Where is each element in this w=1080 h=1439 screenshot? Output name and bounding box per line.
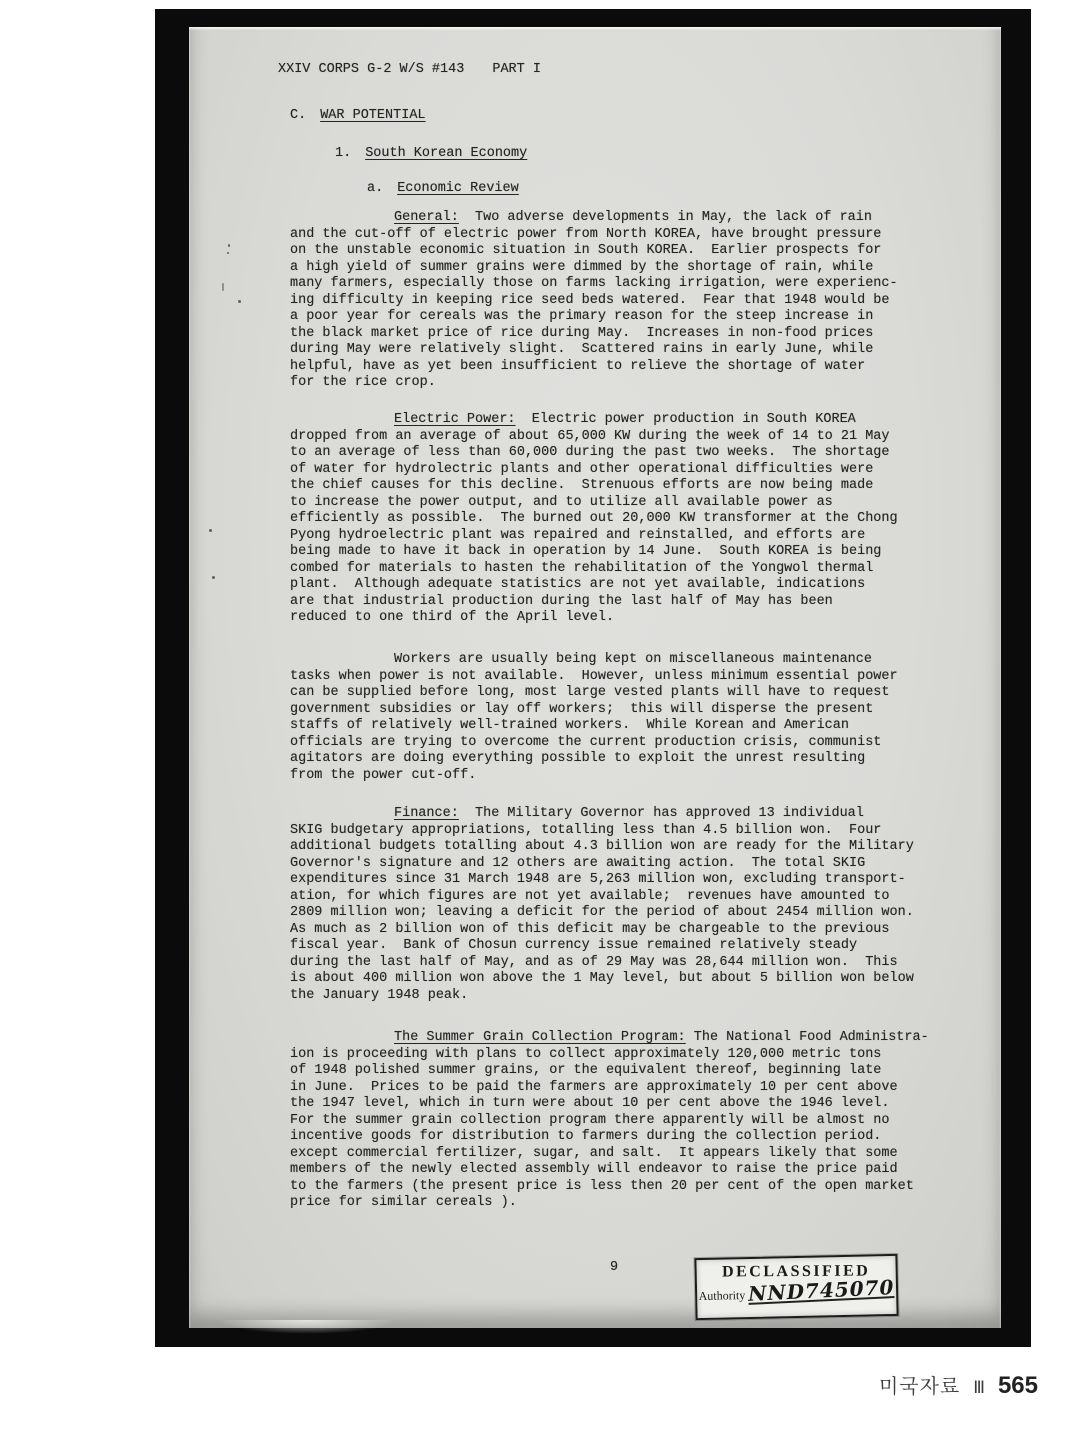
subsubsection-title: Economic Review [397, 181, 519, 198]
book-footer-page-number: 565 [998, 1372, 1038, 1400]
paragraph-electric-power-label: Electric Power: [394, 412, 516, 427]
section-title: WAR POTENTIAL [320, 108, 425, 125]
paragraph-finance-label: Finance: [394, 806, 459, 821]
declassified-stamp-authority-row: Authority NND745070 [697, 1280, 896, 1304]
declassified-stamp-authority-label: Authority [698, 1288, 745, 1304]
book-footer-caption: 미국자료 [879, 1370, 960, 1399]
paper-speck [228, 244, 230, 247]
declassified-stamp: DECLASSIFIED Authority NND745070 [694, 1254, 898, 1320]
paper-speck [227, 252, 229, 254]
paragraph-general: General: Two adverse developments in May… [290, 210, 966, 392]
scanned-page-frame: XXIV CORPS G-2 W/S #143 PART I C. WAR PO… [155, 9, 1031, 1347]
document-paper: XXIV CORPS G-2 W/S #143 PART I C. WAR PO… [189, 27, 1001, 1328]
paper-speck [222, 283, 224, 291]
paragraph-summer-grain: The Summer Grain Collection Program: The… [290, 1030, 966, 1212]
paragraph-summer-grain-label: The Summer Grain Collection Program: [394, 1030, 686, 1045]
subsubsection-heading: a. Economic Review [367, 181, 519, 198]
paragraph-finance: Finance: The Military Governor has appro… [290, 806, 966, 1004]
document-header-row: XXIV CORPS G-2 W/S #143 PART I [278, 62, 541, 79]
paragraph-electric-power-text: Electric power production in South KOREA… [290, 412, 898, 625]
document-part-label: PART I [492, 62, 541, 79]
paragraph-summer-grain-text: The National Food Administra- ion is pro… [290, 1030, 929, 1210]
paper-speck [209, 529, 212, 532]
declassified-stamp-authority-number: NND745070 [748, 1278, 895, 1305]
paragraph-workers-text: Workers are usually being kept on miscel… [290, 652, 898, 783]
book-footer-volume: Ⅲ [973, 1378, 985, 1398]
paper-speck [238, 300, 241, 303]
paragraph-workers: Workers are usually being kept on miscel… [290, 652, 966, 784]
paper-speck [212, 576, 215, 579]
subsection-title: South Korean Economy [365, 146, 527, 163]
paragraph-finance-text: The Military Governor has approved 13 in… [290, 806, 914, 1003]
paragraph-general-label: General: [394, 210, 459, 225]
book-footer: 미국자료 Ⅲ 565 [879, 1370, 1038, 1400]
subsection-number: 1. [335, 146, 351, 163]
paragraph-electric-power: Electric Power: Electric power productio… [290, 412, 966, 627]
page-number: 9 [610, 1260, 618, 1277]
subsection-heading: 1. South Korean Economy [335, 146, 527, 163]
section-heading: C. WAR POTENTIAL [290, 108, 426, 125]
paper-bottom-curl-highlight [217, 1320, 397, 1334]
subsubsection-number: a. [367, 181, 383, 198]
paragraph-general-text: Two adverse developments in May, the lac… [290, 210, 898, 390]
section-number: C. [290, 108, 306, 125]
document-header: XXIV CORPS G-2 W/S #143 [278, 62, 464, 79]
